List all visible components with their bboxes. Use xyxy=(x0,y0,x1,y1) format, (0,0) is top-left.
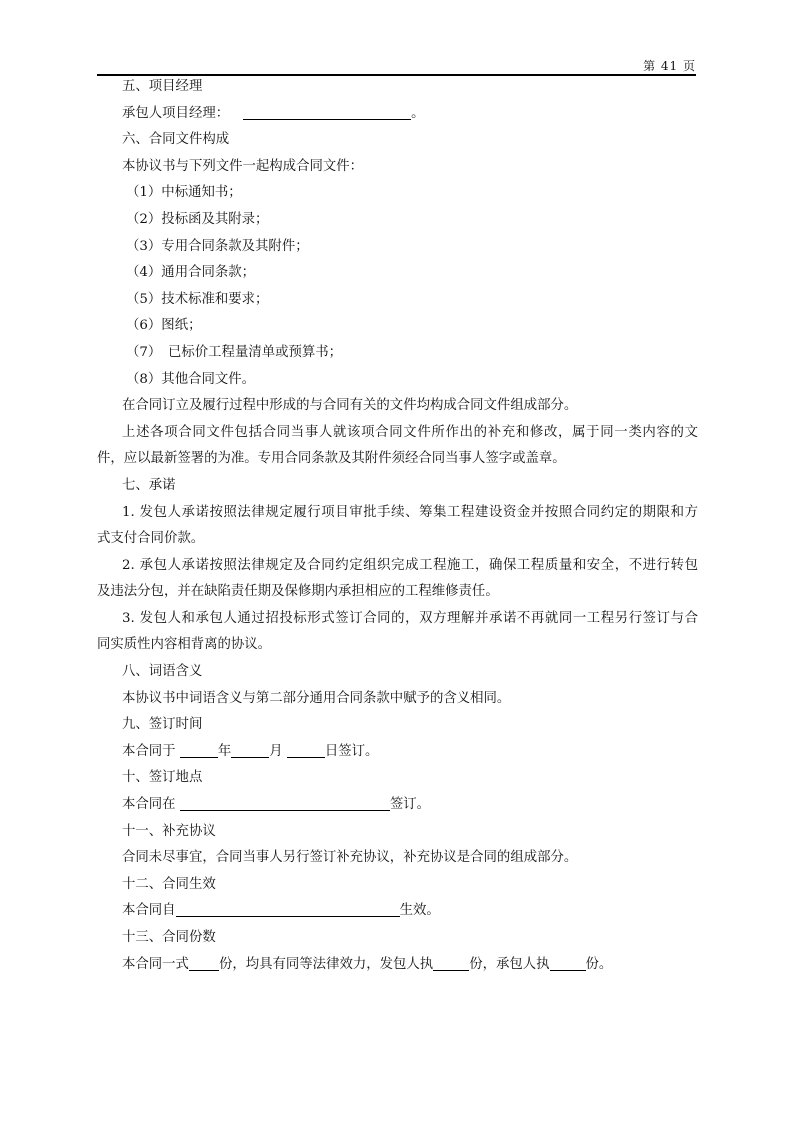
section-8-text: 本协议书中词语含义与第二部分通用合同条款中赋予的含义相同。 xyxy=(97,686,698,713)
list-item: （3）专用合同条款及其附件； xyxy=(97,234,698,261)
month-label: 月 xyxy=(269,744,282,759)
section-6-para2-line2: 件，应以最新签署的为准。专用合同条款及其附件须经合同当事人签字或盖章。 xyxy=(97,446,698,473)
section-6-title: 六、合同文件构成 xyxy=(97,127,698,154)
list-item: （5）技术标准和要求； xyxy=(97,287,698,314)
pm-label: 承包人项目经理： xyxy=(122,106,229,121)
effective-prefix: 本合同自 xyxy=(122,903,176,918)
employer-copies-blank-field[interactable] xyxy=(433,955,469,971)
copies-prefix: 本合同一式 xyxy=(122,957,189,972)
section-5-title: 五、项目经理 xyxy=(97,74,698,101)
document-body: 五、项目经理 承包人项目经理：。 六、合同文件构成 本协议书与下列文件一起构成合… xyxy=(97,74,698,978)
effective-line: 本合同自生效。 xyxy=(97,898,698,925)
copies-suffix: 份。 xyxy=(586,957,613,972)
total-copies-blank-field[interactable] xyxy=(189,955,219,971)
section-12-title: 十二、合同生效 xyxy=(97,872,698,899)
list-item: （7） 已标价工程量清单或预算书； xyxy=(97,340,698,367)
section-13-title: 十三、合同份数 xyxy=(97,925,698,952)
promise-1-line1: 1. 发包人承诺按照法律规定履行项目审批手续、筹集工程建设资金并按照合同约定的期… xyxy=(97,500,698,527)
project-manager-line: 承包人项目经理：。 xyxy=(97,101,698,128)
page-number: 第 41 页 xyxy=(643,57,696,74)
date-prefix: 本合同于 xyxy=(122,744,176,759)
section-6-intro: 本协议书与下列文件一起构成合同文件： xyxy=(97,154,698,181)
copies-line: 本合同一式份，均具有同等法律效力，发包人执份，承包人执份。 xyxy=(97,952,698,979)
place-suffix: 签订。 xyxy=(390,797,430,812)
signing-date-line: 本合同于 年月 日签订。 xyxy=(97,739,698,766)
section-6-para2-line1: 上述各项合同文件包括合同当事人就该项合同文件所作出的补充和修改，属于同一类内容的… xyxy=(97,420,698,447)
list-item: （2）投标函及其附录； xyxy=(97,207,698,234)
section-10-title: 十、签订地点 xyxy=(97,765,698,792)
effective-blank-field[interactable] xyxy=(176,901,400,917)
promise-1-line2: 式支付合同价款。 xyxy=(97,526,698,553)
month-blank-field[interactable] xyxy=(231,742,269,758)
promise-2-line1: 2. 承包人承诺按照法律规定及合同约定组织完成工程施工，确保工程质量和安全，不进… xyxy=(97,553,698,580)
section-11-text: 合同未尽事宜，合同当事人另行签订补充协议，补充协议是合同的组成部分。 xyxy=(97,845,698,872)
section-7-title: 七、承诺 xyxy=(97,473,698,500)
list-item: （1）中标通知书； xyxy=(97,180,698,207)
year-blank-field[interactable] xyxy=(180,742,218,758)
place-blank-field[interactable] xyxy=(180,795,390,811)
pm-end: 。 xyxy=(411,106,424,121)
effective-suffix: 生效。 xyxy=(400,903,440,918)
copies-mid1: 份，均具有同等法律效力，发包人执 xyxy=(219,957,433,972)
day-suffix: 日签订。 xyxy=(325,744,379,759)
contractor-copies-blank-field[interactable] xyxy=(550,955,586,971)
page-header: 第 41 页 xyxy=(97,56,696,76)
list-item: （6）图纸； xyxy=(97,313,698,340)
section-9-title: 九、签订时间 xyxy=(97,712,698,739)
list-item: （4）通用合同条款； xyxy=(97,260,698,287)
promise-3-line1: 3. 发包人和承包人通过招投标形式签订合同的，双方理解并承诺不再就同一工程另行签… xyxy=(97,606,698,633)
section-6-para1: 在合同订立及履行过程中形成的与合同有关的文件均构成合同文件组成部分。 xyxy=(97,393,698,420)
place-prefix: 本合同在 xyxy=(122,797,176,812)
promise-2-line2: 及违法分包，并在缺陷责任期及保修期内承担相应的工程维修责任。 xyxy=(97,579,698,606)
section-8-title: 八、词语含义 xyxy=(97,659,698,686)
copies-mid2: 份，承包人执 xyxy=(469,957,549,972)
pm-blank-field[interactable] xyxy=(243,104,411,120)
day-blank-field[interactable] xyxy=(287,742,325,758)
promise-3-line2: 同实质性内容相背离的协议。 xyxy=(97,632,698,659)
list-item: （8）其他合同文件。 xyxy=(97,367,698,394)
year-label: 年 xyxy=(218,744,231,759)
section-11-title: 十一、补充协议 xyxy=(97,819,698,846)
signing-place-line: 本合同在 签订。 xyxy=(97,792,698,819)
